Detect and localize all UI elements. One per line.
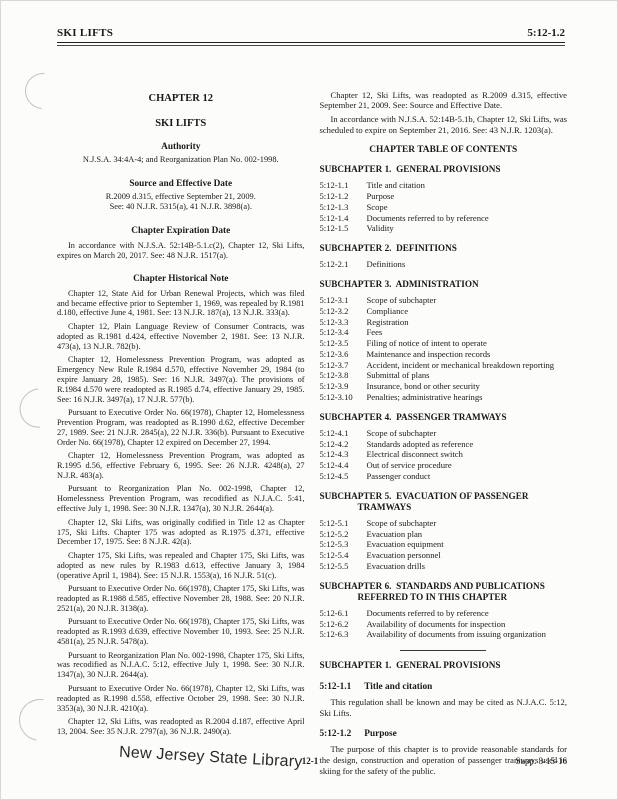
toc-entry-num: 5:12-3.6: [320, 349, 367, 360]
toc-entry-num: 5:12-5.2: [320, 529, 367, 540]
toc-entry: 5:12-5.5Evacuation drills: [320, 561, 568, 572]
toc-entry-label: Availability of documents from issuing o…: [367, 629, 568, 640]
expiration-text: In accordance with N.J.S.A. 52:14B-5.1.c…: [57, 241, 305, 261]
toc-entry: 5:12-1.3Scope: [320, 202, 568, 213]
toc-entry-label: Fees: [367, 327, 568, 338]
toc-subchapter-1-title: SUBCHAPTER 1. GENERAL PROVISIONS: [320, 164, 568, 175]
historical-paragraph: Pursuant to Executive Order No. 66(1978)…: [57, 617, 305, 647]
toc-heading: CHAPTER TABLE OF CONTENTS: [320, 145, 568, 155]
toc-entry: 5:12-6.3Availability of documents from i…: [320, 629, 568, 640]
toc-entry-label: Documents referred to by reference: [367, 213, 568, 224]
section-heading: 5:12-1.2 Purpose: [320, 729, 568, 739]
toc-entry-label: Evacuation drills: [367, 561, 568, 572]
toc-entry-num: 5:12-3.4: [320, 327, 367, 338]
toc-entry-num: 5:12-3.8: [320, 370, 367, 381]
body-subchapter-heading: SUBCHAPTER 1. GENERAL PROVISIONS: [320, 660, 568, 671]
toc-entry-num: 5:12-6.1: [320, 608, 367, 619]
toc-entry-label: Evacuation equipment: [367, 539, 568, 550]
toc-entry-num: 5:12-3.5: [320, 338, 367, 349]
section-title: Title and citation: [364, 682, 432, 692]
toc-entry-label: Accident, incident or mechanical breakdo…: [367, 360, 568, 371]
toc-entry: 5:12-3.8Submittal of plans: [320, 370, 568, 381]
section-title: Purpose: [364, 729, 397, 739]
toc-subchapter-4-title: SUBCHAPTER 4. PASSENGER TRAMWAYS: [320, 412, 568, 423]
toc-entry-num: 5:12-4.1: [320, 428, 367, 439]
toc-entry-num: 5:12-3.7: [320, 360, 367, 371]
left-column: CHAPTER 12 SKI LIFTS Authority N.J.S.A. …: [57, 85, 305, 779]
historical-paragraph: Chapter 12, Homelessness Prevention Prog…: [57, 355, 305, 405]
historical-paragraph: Pursuant to Reorganization Plan No. 002-…: [57, 651, 305, 681]
toc-entry-label: Scope of subchapter: [367, 518, 568, 529]
section-number: 5:12-1.1: [320, 682, 352, 692]
toc-subchapter-5-title: SUBCHAPTER 5. EVACUATION OF PASSENGER TR…: [320, 491, 568, 513]
section-divider: [400, 650, 486, 651]
intro-paragraph: Chapter 12, Ski Lifts, was readopted as …: [320, 90, 568, 111]
toc-entry-label: Submittal of plans: [367, 370, 568, 381]
toc-entry: 5:12-5.1Scope of subchapter: [320, 518, 568, 529]
section-text: This regulation shall be known and may b…: [320, 697, 568, 718]
toc-entry-num: 5:12-2.1: [320, 259, 367, 270]
authority-heading: Authority: [57, 142, 305, 152]
toc-entry: 5:12-5.4Evacuation personnel: [320, 550, 568, 561]
toc-entry-label: Insurance, bond or other security: [367, 381, 568, 392]
historical-paragraph: Chapter 12, Plain Language Review of Con…: [57, 322, 305, 352]
toc-entry-num: 5:12-3.9: [320, 381, 367, 392]
toc-entry: 5:12-1.1Title and citation: [320, 180, 568, 191]
toc-entry-label: Penalties; administrative hearings: [367, 392, 568, 403]
toc-entry-num: 5:12-5.5: [320, 561, 367, 572]
toc-entry-num: 5:12-1.4: [320, 213, 367, 224]
toc-entry-label: Electrical disconnect switch: [367, 449, 568, 460]
toc-entry: 5:12-3.3Registration: [320, 317, 568, 328]
toc-entry-num: 5:12-5.1: [320, 518, 367, 529]
toc-entry-num: 5:12-1.5: [320, 223, 367, 234]
chapter-heading: CHAPTER 12: [57, 93, 305, 104]
toc-entry-num: 5:12-4.2: [320, 439, 367, 450]
toc-entry-label: Out of service procedure: [367, 460, 568, 471]
toc-subchapter-3-title: SUBCHAPTER 3. ADMINISTRATION: [320, 279, 568, 290]
toc-entry-num: 5:12-3.10: [320, 392, 367, 403]
toc-entry-label: Maintenance and inspection records: [367, 349, 568, 360]
toc-entry-num: 5:12-1.2: [320, 191, 367, 202]
historical-paragraph: Pursuant to Executive Order No. 66(1978)…: [57, 684, 305, 714]
toc-entry-num: 5:12-5.4: [320, 550, 367, 561]
toc-entry-label: Filing of notice of intent to operate: [367, 338, 568, 349]
source-effective-line2: See: 40 N.J.R. 5315(a), 41 N.J.R. 3898(a…: [57, 202, 305, 213]
toc-entry-label: Validity: [367, 223, 568, 234]
toc-entry-label: Compliance: [367, 306, 568, 317]
toc-entry-label: Title and citation: [367, 180, 568, 191]
toc-entry: 5:12-3.9Insurance, bond or other securit…: [320, 381, 568, 392]
toc-entry: 5:12-4.2Standards adopted as reference: [320, 439, 568, 450]
toc-entry-num: 5:12-5.3: [320, 539, 367, 550]
right-column: Chapter 12, Ski Lifts, was readopted as …: [320, 85, 568, 779]
toc-entry: 5:12-4.5Passenger conduct: [320, 471, 568, 482]
toc-entry: 5:12-4.4Out of service procedure: [320, 460, 568, 471]
toc-entry: 5:12-3.2Compliance: [320, 306, 568, 317]
historical-paragraph: Pursuant to Executive Order No. 66(1978)…: [57, 408, 305, 448]
historical-paragraph: Pursuant to Executive Order No. 66(1978)…: [57, 584, 305, 614]
historical-paragraph: Chapter 175, Ski Lifts, was repealed and…: [57, 551, 305, 581]
toc-subchapter-6-title: SUBCHAPTER 6. STANDARDS AND PUBLICATIONS…: [320, 581, 568, 603]
toc-entry: 5:12-3.5Filing of notice of intent to op…: [320, 338, 568, 349]
toc-entry: 5:12-1.2Purpose: [320, 191, 568, 202]
toc-entry-num: 5:12-1.1: [320, 180, 367, 191]
toc-entry: 5:12-3.6Maintenance and inspection recor…: [320, 349, 568, 360]
toc-entry-label: Evacuation personnel: [367, 550, 568, 561]
toc-entry-num: 5:12-6.3: [320, 629, 367, 640]
toc-entry-label: Registration: [367, 317, 568, 328]
section-number: 5:12-1.2: [320, 729, 352, 739]
toc-entry-num: 5:12-3.3: [320, 317, 367, 328]
document-page: SKI LIFTS 5:12-1.2 CHAPTER 12 SKI LIFTS …: [0, 0, 618, 800]
supplement-date: Supp. 8-15-16: [516, 756, 568, 766]
historical-note-heading: Chapter Historical Note: [57, 274, 305, 284]
toc-entry-num: 5:12-3.2: [320, 306, 367, 317]
toc-entry-label: Availability of documents for inspection: [367, 619, 568, 630]
toc-entry: 5:12-1.5Validity: [320, 223, 568, 234]
toc-entry: 5:12-3.4Fees: [320, 327, 568, 338]
toc-entry: 5:12-1.4Documents referred to by referen…: [320, 213, 568, 224]
chapter-title: SKI LIFTS: [57, 118, 305, 129]
toc-entry: 5:12-3.7Accident, incident or mechanical…: [320, 360, 568, 371]
toc-entry: 5:12-2.1Definitions: [320, 259, 568, 270]
toc-entry: 5:12-6.2Availability of documents for in…: [320, 619, 568, 630]
toc-subchapter-2-title: SUBCHAPTER 2. DEFINITIONS: [320, 243, 568, 254]
historical-paragraph: Pursuant to Reorganization Plan No. 002-…: [57, 484, 305, 514]
toc-entry: 5:12-3.1Scope of subchapter: [320, 295, 568, 306]
expiration-heading: Chapter Expiration Date: [57, 226, 305, 236]
toc-entry-label: Evacuation plan: [367, 529, 568, 540]
header-section-ref: 5:12-1.2: [527, 27, 565, 39]
toc-entry-label: Definitions: [367, 259, 568, 270]
header-rule: [57, 42, 565, 46]
intro-paragraph: In accordance with N.J.S.A. 52:14B-5.1b,…: [320, 114, 568, 135]
toc-entry-label: Purpose: [367, 191, 568, 202]
toc-entry: 5:12-6.1Documents referred to by referen…: [320, 608, 568, 619]
toc-entry: 5:12-4.1Scope of subchapter: [320, 428, 568, 439]
toc-entry-num: 5:12-3.1: [320, 295, 367, 306]
toc-entry-label: Scope of subchapter: [367, 428, 568, 439]
toc-entry-label: Documents referred to by reference: [367, 608, 568, 619]
toc-entry: 5:12-5.2Evacuation plan: [320, 529, 568, 540]
authority-text: N.J.S.A. 34:4A-4; and Reorganization Pla…: [57, 155, 305, 166]
historical-paragraph: Chapter 12, Ski Lifts, was originally co…: [57, 518, 305, 548]
source-effective-line1: R.2009 d.315, effective September 21, 20…: [57, 192, 305, 203]
toc-entry-num: 5:12-6.2: [320, 619, 367, 630]
historical-paragraph: Chapter 12, Ski Lifts, was readopted as …: [57, 717, 305, 737]
toc-entry: 5:12-3.10Penalties; administrative heari…: [320, 392, 568, 403]
historical-paragraph: Chapter 12, Homelessness Prevention Prog…: [57, 451, 305, 481]
toc-entry-label: Standards adopted as reference: [367, 439, 568, 450]
toc-entry: 5:12-5.3Evacuation equipment: [320, 539, 568, 550]
toc-entry-label: Passenger conduct: [367, 471, 568, 482]
toc-entry-num: 5:12-4.3: [320, 449, 367, 460]
source-effective-heading: Source and Effective Date: [57, 179, 305, 189]
toc-entry-num: 5:12-1.3: [320, 202, 367, 213]
toc-entry-num: 5:12-4.4: [320, 460, 367, 471]
page-header: SKI LIFTS 5:12-1.2: [57, 27, 565, 46]
toc-entry-label: Scope: [367, 202, 568, 213]
header-running-title: SKI LIFTS: [57, 27, 113, 39]
toc-entry: 5:12-4.3Electrical disconnect switch: [320, 449, 568, 460]
toc-entry-label: Scope of subchapter: [367, 295, 568, 306]
historical-paragraph: Chapter 12, State Aid for Urban Renewal …: [57, 289, 305, 319]
toc-entry-num: 5:12-4.5: [320, 471, 367, 482]
section-heading: 5:12-1.1 Title and citation: [320, 682, 568, 692]
